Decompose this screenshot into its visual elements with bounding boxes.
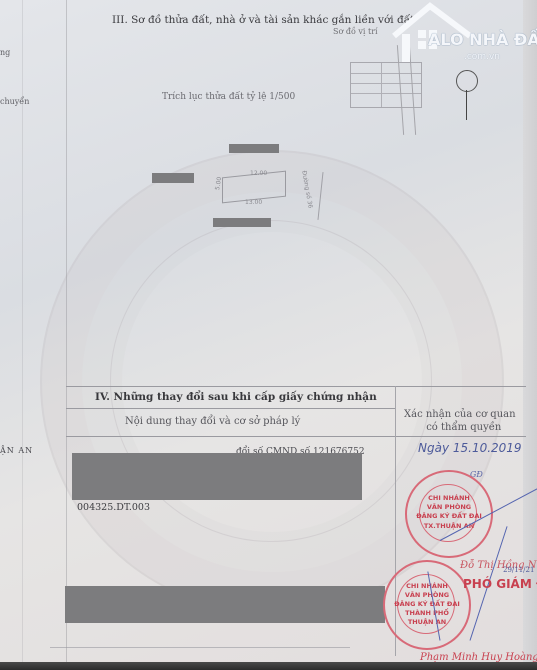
section4-title: IV. Những thay đổi sau khi cấp giấy chứn…: [95, 391, 377, 403]
plot-dimension: 13.00: [245, 199, 262, 206]
table-border: [66, 408, 396, 409]
left-fragment: ẬN AN: [0, 446, 33, 455]
confirm-line2: có thẩm quyền: [404, 421, 516, 434]
table-border: [50, 647, 350, 648]
stamp-line: CHI NHÁNH: [385, 582, 469, 590]
watermark-brand: ALO NHÀ ĐẤT: [428, 30, 537, 49]
fold-line: [66, 0, 67, 670]
redaction-box: [229, 144, 279, 153]
redaction-box: [213, 218, 271, 227]
confirm-line1: Xác nhận của cơ quan: [404, 408, 516, 421]
stamp-line: VĂN PHÒNG: [407, 503, 491, 511]
table-border: [66, 386, 526, 387]
plot-dimension: 12.00: [250, 170, 267, 177]
stamp-line: TX.THUẬN AN: [407, 522, 491, 530]
redaction-box: [65, 586, 385, 623]
handwritten-date: Ngày 15.10.2019: [418, 441, 522, 455]
stamp-line: THUẬN AN: [385, 618, 469, 626]
compass-needle: [466, 90, 467, 120]
table-border: [66, 436, 526, 437]
stamp-line: CHI NHÁNH: [407, 494, 491, 502]
section3-subtitle: Sơ đồ vị trí: [333, 27, 378, 36]
signer-title: PHÓ GIÁM ĐỐC: [463, 577, 537, 591]
section3-title: III. Sơ đồ thửa đất, nhà ở và tài sản kh…: [112, 14, 414, 26]
watermark-domain: .com.vn: [464, 52, 500, 62]
left-fragment: chuyển: [0, 97, 29, 106]
north-compass-icon: [456, 70, 478, 92]
redaction-box: [72, 453, 362, 500]
stamp-line: THÀNH PHỐ: [385, 609, 469, 617]
column-header-confirm: Xác nhận của cơ quan có thẩm quyền: [404, 408, 516, 434]
redaction-box: [152, 173, 194, 183]
scale-label: Trích lục thửa đất tỷ lệ 1/500: [162, 92, 295, 102]
certificate-page: III. Sơ đồ thửa đất, nhà ở và tài sản kh…: [0, 0, 537, 670]
stamp-line: ĐĂNG KÝ ĐẤT ĐAI: [385, 600, 469, 608]
official-stamp: CHI NHÁNH VĂN PHÒNG ĐĂNG KÝ ĐẤT ĐAI TX.T…: [405, 470, 493, 558]
stamp-line: VĂN PHÒNG: [385, 591, 469, 599]
handwritten-code: 29/11/21: [503, 566, 534, 574]
column-header-content: Nội dung thay đổi và cơ sở pháp lý: [125, 416, 300, 427]
background-surface: [0, 662, 537, 670]
left-fragment: ng: [0, 48, 10, 57]
document-code: 004325.DT.003: [77, 502, 150, 513]
